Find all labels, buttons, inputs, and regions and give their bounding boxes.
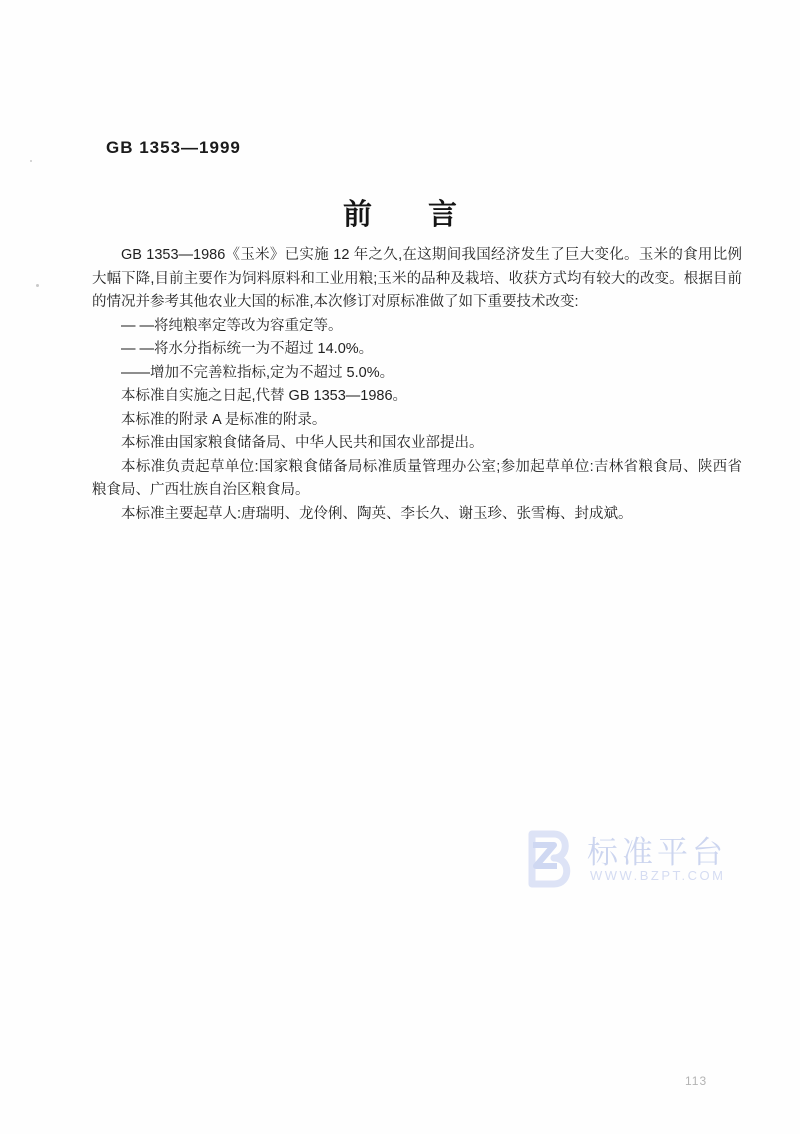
title-char-first: 前	[343, 199, 372, 231]
body-paragraph-dash-item: — —将水分指标统一为不超过 14.0%。	[92, 338, 742, 362]
body-paragraph: 本标准自实施之日起,代替 GB 1353—1986。	[92, 385, 742, 409]
scan-speck	[30, 160, 32, 162]
title-char-second: 言	[428, 199, 457, 231]
watermark-brand-text: 标准平台	[587, 827, 727, 872]
body-paragraph-dash-item: — —将纯粮率定等改为容重定等。	[92, 315, 742, 339]
body-paragraph: 本标准负责起草单位:国家粮食储备局标准质量管理办公室;参加起草单位:吉林省粮食局…	[92, 456, 742, 503]
scan-speck	[244, 517, 246, 519]
body-paragraph: 本标准主要起草人:唐瑞明、龙伶俐、陶英、李长久、谢玉珍、张雪梅、封成斌。	[92, 503, 742, 527]
body-paragraph: 本标准的附录 A 是标准的附录。	[92, 409, 742, 433]
body-paragraph-dash-item: ——增加不完善粒指标,定为不超过 5.0%。	[92, 362, 742, 386]
standard-code: GB 1353—1999	[106, 138, 241, 158]
scan-speck	[36, 284, 39, 287]
page-number: 113	[685, 1074, 707, 1088]
body-paragraph: GB 1353—1986《玉米》已实施 12 年之久,在这期间我国经济发生了巨大…	[92, 244, 742, 315]
body-paragraph: 本标准由国家粮食储备局、中华人民共和国农业部提出。	[92, 432, 742, 456]
watermark-site-text: WWW.BZPT.COM	[590, 868, 725, 883]
page-title: 前言	[0, 192, 800, 233]
document-page: GB 1353—1999 前言 GB 1353—1986《玉米》已实施 12 年…	[0, 0, 800, 1134]
bzpt-logo-icon	[523, 829, 579, 889]
foreword-body: GB 1353—1986《玉米》已实施 12 年之久,在这期间我国经济发生了巨大…	[92, 244, 742, 526]
watermark: 标准平台 WWW.BZPT.COM	[523, 827, 733, 902]
